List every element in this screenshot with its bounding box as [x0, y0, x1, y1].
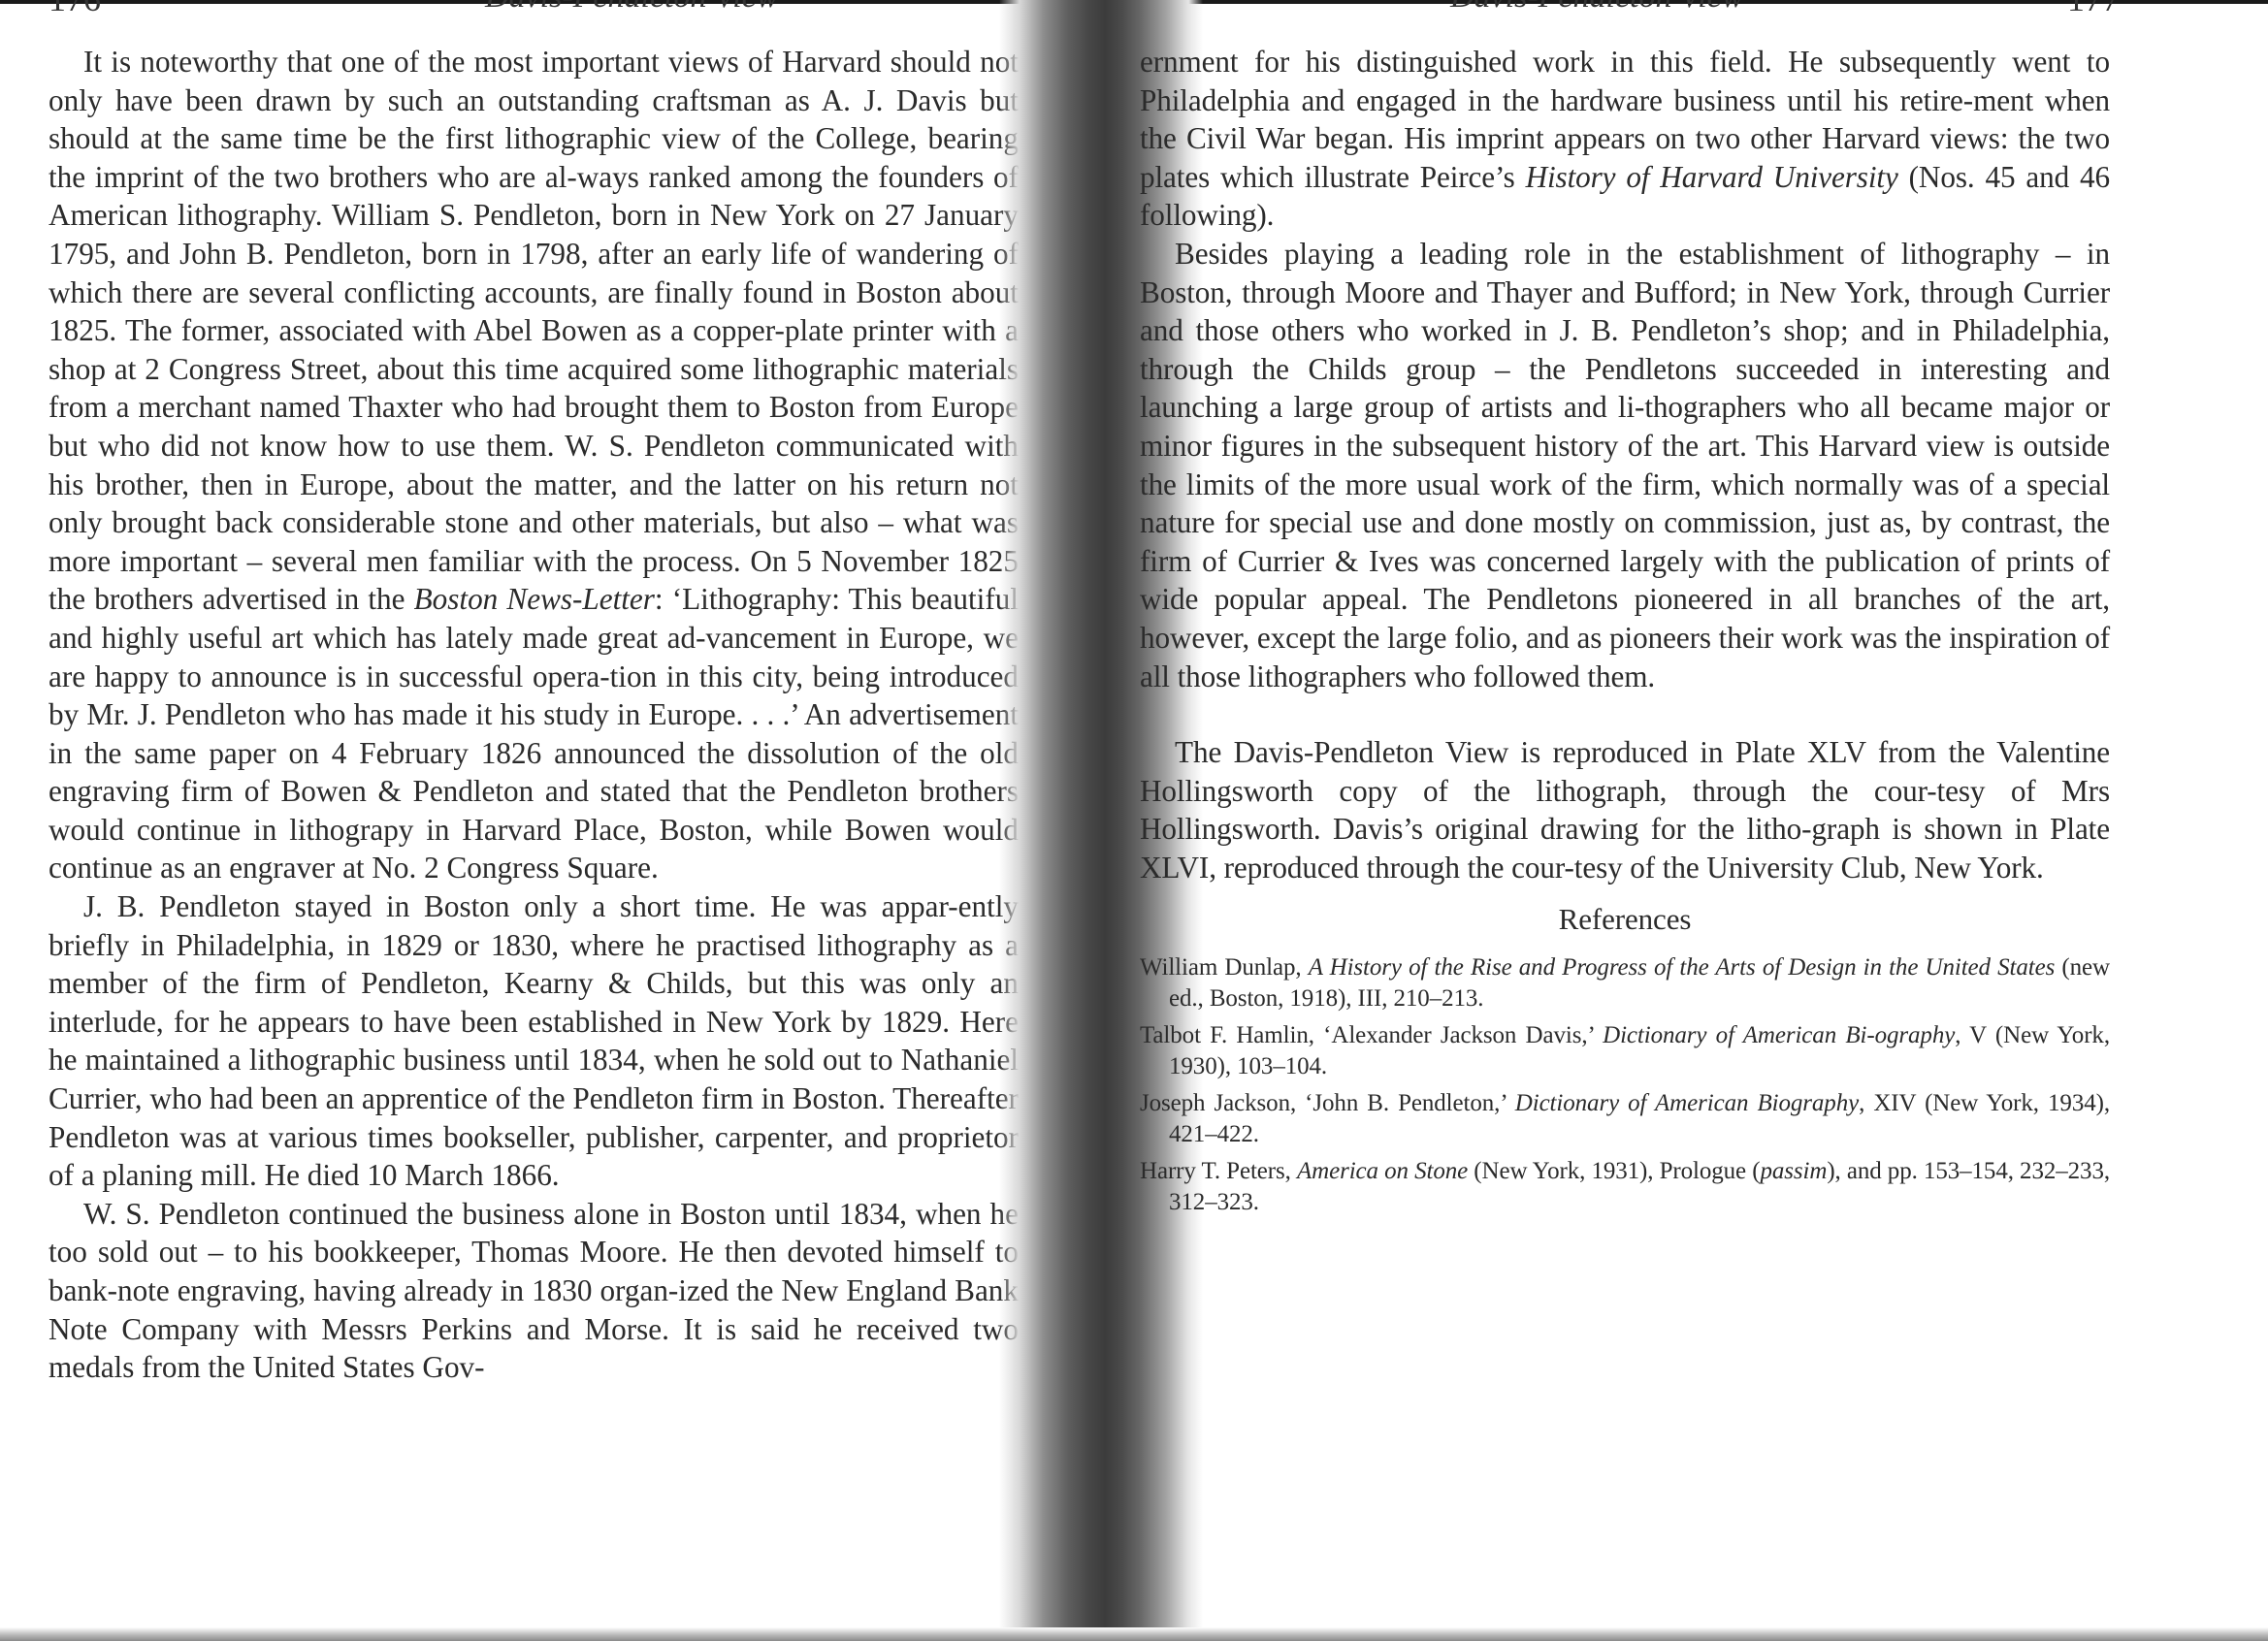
paragraph: J. B. Pendleton stayed in Boston only a … — [49, 887, 1019, 1195]
paragraph: Besides playing a leading role in the es… — [1140, 235, 2110, 695]
paragraph: W. S. Pendleton continued the business a… — [49, 1195, 1019, 1387]
scan-bottom-edge — [0, 1627, 2268, 1641]
reference-item: Harry T. Peters, America on Stone (New Y… — [1140, 1156, 2110, 1218]
paragraph: It is noteworthy that one of the most im… — [49, 43, 1019, 887]
reference-item: William Dunlap, A History of the Rise an… — [1140, 952, 2110, 1014]
ref-author: William Dunlap, — [1140, 954, 1309, 981]
left-page-number: 176 — [49, 0, 101, 19]
right-page-number: 177 — [2067, 0, 2120, 19]
ref-title: America on Stone — [1297, 1158, 1468, 1184]
paragraph-text: It is noteworthy that one of the most im… — [49, 45, 1019, 616]
reference-item: Talbot F. Hamlin, ‘Alexander Jackson Dav… — [1140, 1020, 2110, 1082]
paragraph: ernment for his distinguished work in th… — [1140, 43, 2110, 235]
references-heading: References — [1140, 900, 2110, 939]
left-running-title: Davis-Pendleton View — [485, 0, 778, 16]
newspaper-title: Boston News-Letter — [414, 582, 655, 616]
ref-author: Harry T. Peters, — [1140, 1158, 1297, 1184]
left-body-text: It is noteworthy that one of the most im… — [49, 43, 1019, 1387]
book-title: History of Harvard University — [1526, 160, 1898, 194]
ref-author: Talbot F. Hamlin, ‘Alexander Jackson Dav… — [1140, 1022, 1603, 1048]
paragraph-text: : ‘Lithography: This beautiful and highl… — [49, 582, 1019, 885]
right-running-title: Davis-Pendleton View — [1450, 0, 1743, 16]
ref-author: Joseph Jackson, ‘John B. Pendleton,’ — [1140, 1090, 1515, 1116]
paragraph-gap — [1140, 695, 2110, 733]
right-body-text: ernment for his distinguished work in th… — [1140, 43, 2110, 1224]
ref-details: (New York, 1931), Prologue ( — [1468, 1158, 1760, 1184]
ref-title: A History of the Rise and Progress of th… — [1309, 954, 2056, 981]
book-spread: 176 Davis-Pendleton View It is noteworth… — [0, 0, 2268, 1641]
ref-title: Dictionary of American Bi-ography — [1603, 1022, 1955, 1048]
paragraph: The Davis-Pendleton View is reproduced i… — [1140, 733, 2110, 886]
ref-title: Dictionary of American Biography — [1515, 1090, 1859, 1116]
left-running-head: 176 Davis-Pendleton View — [87, 0, 1019, 17]
reference-item: Joseph Jackson, ‘John B. Pendleton,’ Dic… — [1140, 1088, 2110, 1150]
ref-passim: passim — [1760, 1158, 1827, 1184]
right-running-head: Davis-Pendleton View 177 — [1140, 0, 2110, 17]
